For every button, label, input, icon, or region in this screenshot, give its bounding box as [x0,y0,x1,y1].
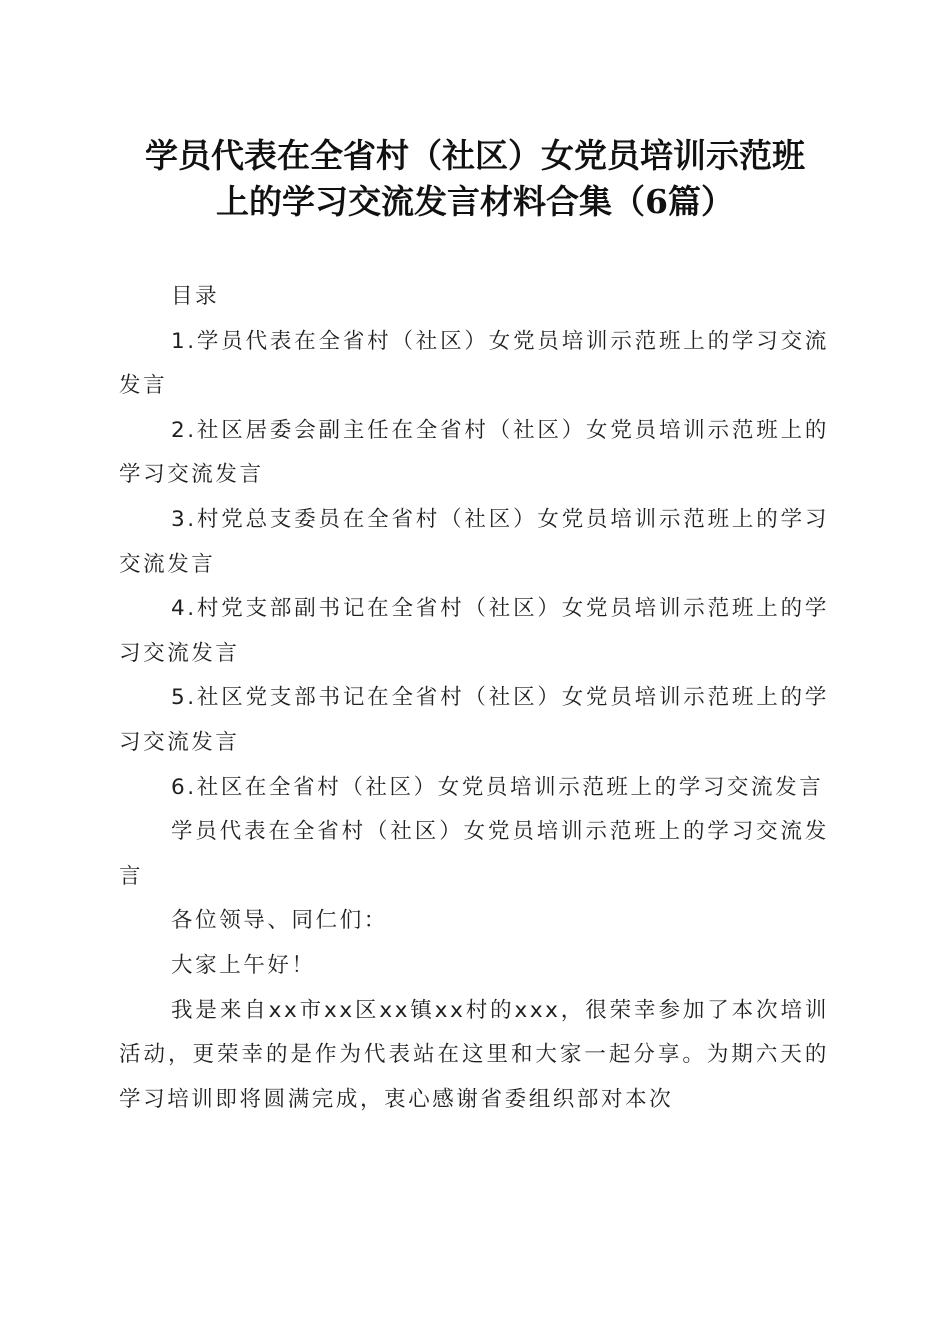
document-page: 学员代表在全省村（社区）女党员培训示范班 上的学习交流发言材料合集（6篇） 目录… [0,0,950,1344]
toc-item-2: 2.社区居委会副主任在全省村（社区）女党员培训示范班上的学习交流发言 [119,409,829,498]
toc-item-6: 6.社区在全省村（社区）女党员培训示范班上的学习交流发言 [119,766,829,811]
greeting: 大家上午好！ [119,944,829,989]
title-line-1: 学员代表在全省村（社区）女党员培训示范班 [100,133,850,179]
toc-item-5: 5.社区党支部书记在全省村（社区）女党员培训示范班上的学习交流发言 [119,676,829,765]
toc-item-4: 4.村党支部副书记在全省村（社区）女党员培训示范班上的学习交流发言 [119,587,829,676]
body-paragraph-1: 我是来自xx市xx区xx镇xx村的xxx，很荣幸参加了本次培训活动，更荣幸的是作… [119,989,829,1123]
section-title: 学员代表在全省村（社区）女党员培训示范班上的学习交流发言 [119,810,829,899]
salutation: 各位领导、同仁们： [119,899,829,944]
title-line-2: 上的学习交流发言材料合集（6篇） [100,179,850,225]
document-body: 目录 1.学员代表在全省村（社区）女党员培训示范班上的学习交流发言 2.社区居委… [119,275,829,1122]
toc-heading: 目录 [119,275,829,320]
toc-item-3: 3.村党总支委员在全省村（社区）女党员培训示范班上的学习交流发言 [119,498,829,587]
toc-item-1: 1.学员代表在全省村（社区）女党员培训示范班上的学习交流发言 [119,320,829,409]
document-title: 学员代表在全省村（社区）女党员培训示范班 上的学习交流发言材料合集（6篇） [100,133,850,225]
